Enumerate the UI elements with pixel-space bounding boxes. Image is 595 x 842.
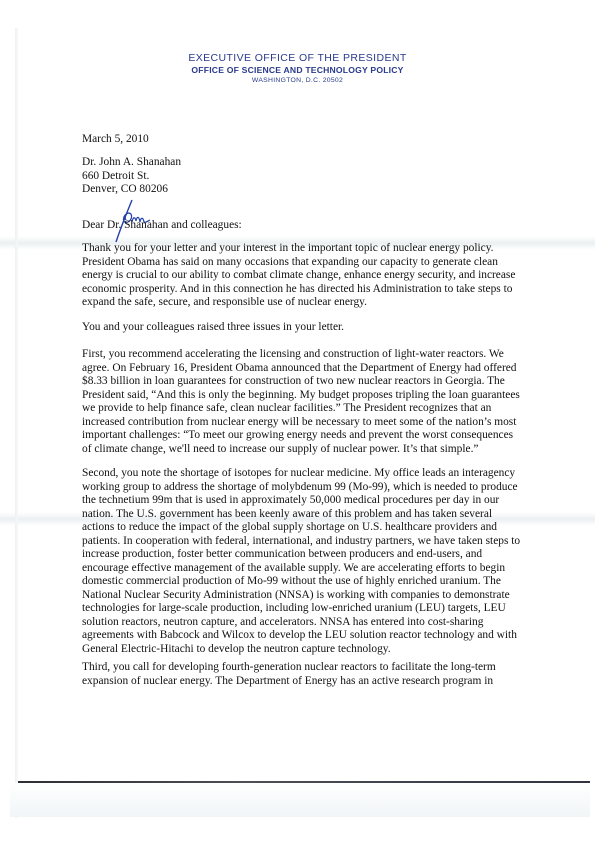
recipient-city: Denver, CO 80206 [82,183,562,197]
text-line: General Electric-Hitachi to develop the … [82,643,562,657]
text-line: expand the safe, secure, and responsible… [82,296,562,310]
text-line: Third, you call for developing fourth-ge… [82,661,562,675]
text-line: President Obama has said on many occasio… [82,256,562,270]
recipient-street: 660 Detroit St. [82,170,562,184]
text-line: the technetium 99m that is used in appro… [82,494,562,508]
paragraph-intro: Thank you for your letter and your inter… [82,242,562,310]
text-line: working group to address the shortage of… [82,481,562,495]
text-line: increased contribution from nuclear ener… [82,416,562,430]
text-line: actions to reduce the impact of the glob… [82,521,562,535]
letterhead-ostp: OFFICE OF SCIENCE AND TECHNOLOGY POLICY [0,65,595,75]
text-line: $8.33 billion in loan guarantees for con… [82,375,562,389]
text-line: You and your colleagues raised three iss… [82,321,562,335]
scan-page-edge [15,28,18,818]
text-line: encourage effective management of the av… [82,562,562,576]
text-line: we provide to help finance safe, clean n… [82,402,562,416]
text-line: First, you recommend accelerating the li… [82,348,562,362]
recipient-name: Dr. John A. Shanahan [82,156,562,170]
text-line: agreements with Babcock and Wilcox to de… [82,629,562,643]
salutation: Dear Dr. Shanahan and colleagues: [82,219,562,233]
text-line: economic prosperity. And in this connect… [82,283,562,297]
letterhead-executive-office: EXECUTIVE OFFICE OF THE PRESIDENT [0,52,595,64]
text-line: Second, you note the shortage of isotope… [82,467,562,481]
text-line: domestic commercial production of Mo-99 … [82,575,562,589]
text-line: President said, “And this is only the be… [82,389,562,403]
text-line: increase production, foster better commu… [82,548,562,562]
scan-bottom-margin [10,783,590,817]
letter-page: EXECUTIVE OFFICE OF THE PRESIDENT OFFICE… [0,0,595,842]
text-line: Thank you for your letter and your inter… [82,242,562,256]
text-line: expansion of nuclear energy. The Departm… [82,675,562,689]
text-line: technologies for large-scale production,… [82,602,562,616]
paragraph-third-issue: Third, you call for developing fourth-ge… [82,661,562,688]
text-line: important challenges: “To meet our growi… [82,429,562,443]
text-line: patients. In cooperation with federal, i… [82,535,562,549]
text-line: of climate change, we'll need to increas… [82,443,562,457]
letter-date: March 5, 2010 [82,133,562,147]
text-line: National Nuclear Security Administration… [82,589,562,603]
text-line: agree. On February 16, President Obama a… [82,362,562,376]
paragraph-three-issues: You and your colleagues raised three iss… [82,321,562,335]
recipient-address: Dr. John A. Shanahan 660 Detroit St. Den… [82,156,562,197]
paragraph-first-issue: First, you recommend accelerating the li… [82,348,562,456]
text-line: energy is crucial to our ability to comb… [82,269,562,283]
text-line: nation. The U.S. government has been kee… [82,508,562,522]
paragraph-second-issue: Second, you note the shortage of isotope… [82,467,562,656]
letterhead-address: WASHINGTON, D.C. 20502 [0,77,595,84]
text-line: solution reactors, neutron capture, and … [82,616,562,630]
